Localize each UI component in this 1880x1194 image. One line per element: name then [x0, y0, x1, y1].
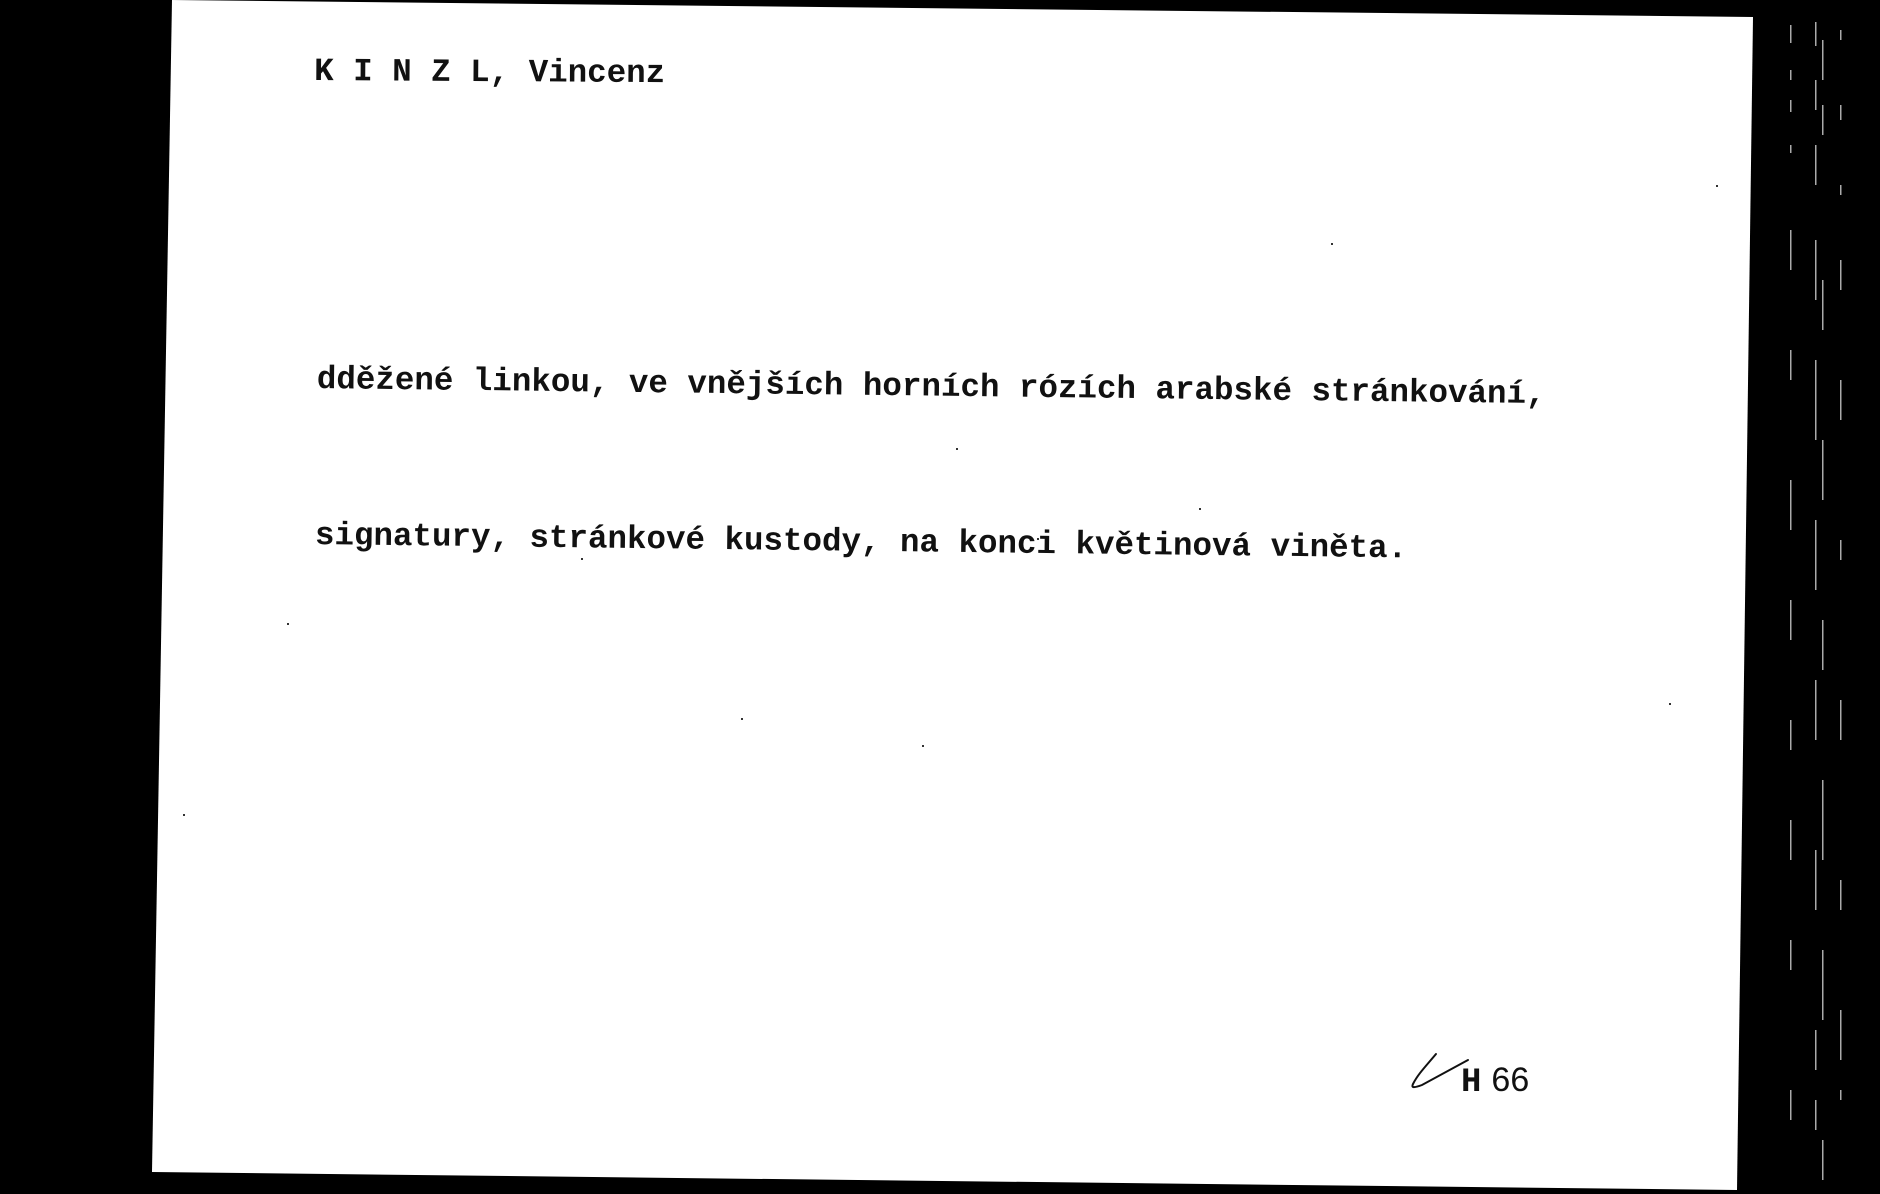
- scan-speck: [1716, 185, 1718, 187]
- card-body-line-1: dděžené linkou, ve vnějších horních rózí…: [317, 354, 1546, 421]
- scan-speck: [1331, 243, 1333, 245]
- call-number-value: 66: [1491, 1061, 1529, 1099]
- card-body: dděžené linkou, ve vnějších horních rózí…: [314, 250, 1547, 629]
- scan-speck: [741, 718, 743, 720]
- scan-speck: [287, 623, 289, 625]
- card-body-line-2: signatury, stránkové kustody, na konci k…: [315, 510, 1544, 577]
- scan-speck: [183, 814, 185, 816]
- card-heading: K I N Z L, Vincenz: [314, 52, 665, 94]
- scan-speck: [1669, 703, 1671, 705]
- scan-speck: [922, 745, 924, 747]
- scan-edge-strip: [1760, 0, 1880, 1194]
- pencil-check-mark-icon: [1400, 1048, 1490, 1098]
